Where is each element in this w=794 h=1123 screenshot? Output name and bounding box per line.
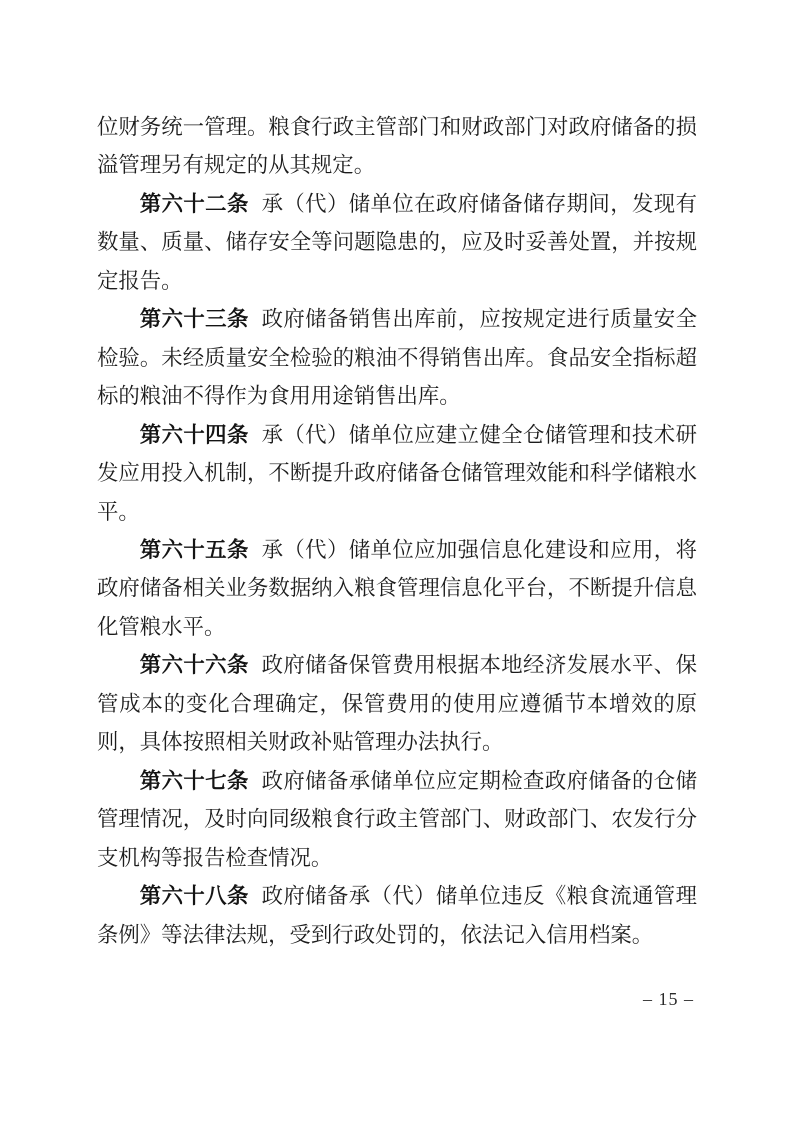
article-number: 第六十二条 bbox=[140, 192, 249, 216]
paragraph: 第六十三条政府储备销售出库前，应按规定进行质量安全检验。未经质量安全检验的粮油不… bbox=[97, 300, 697, 415]
document-page: 位财务统一管理。粮食行政主管部门和财政部门对政府储备的损溢管理另有规定的从其规定… bbox=[0, 0, 794, 1123]
document-body: 位财务统一管理。粮食行政主管部门和财政部门对政府储备的损溢管理另有规定的从其规定… bbox=[97, 108, 697, 954]
paragraph-text: 位财务统一管理。粮食行政主管部门和财政部门对政府储备的损溢管理另有规定的从其规定… bbox=[97, 115, 697, 177]
article-number: 第六十七条 bbox=[140, 769, 249, 793]
paragraph: 第六十六条政府储备保管费用根据本地经济发展水平、保管成本的变化合理确定，保管费用… bbox=[97, 646, 697, 761]
page-number: – 15 – bbox=[643, 989, 694, 1010]
paragraph: 第六十四条承（代）储单位应建立健全仓储管理和技术研发应用投入机制，不断提升政府储… bbox=[97, 416, 697, 531]
article-number: 第六十四条 bbox=[140, 423, 249, 447]
paragraph: 位财务统一管理。粮食行政主管部门和财政部门对政府储备的损溢管理另有规定的从其规定… bbox=[97, 108, 697, 185]
paragraph: 第六十二条承（代）储单位在政府储备储存期间，发现有数量、质量、储存安全等问题隐患… bbox=[97, 185, 697, 300]
paragraph: 第六十五条承（代）储单位应加强信息化建设和应用，将政府储备相关业务数据纳入粮食管… bbox=[97, 531, 697, 646]
paragraph: 第六十八条政府储备承（代）储单位违反《粮食流通管理条例》等法律法规，受到行政处罚… bbox=[97, 877, 697, 954]
article-number: 第六十八条 bbox=[140, 884, 249, 908]
article-number: 第六十三条 bbox=[140, 307, 249, 331]
article-number: 第六十五条 bbox=[140, 538, 249, 562]
article-number: 第六十六条 bbox=[140, 653, 249, 677]
paragraph: 第六十七条政府储备承储单位应定期检查政府储备的仓储管理情况，及时向同级粮食行政主… bbox=[97, 762, 697, 877]
